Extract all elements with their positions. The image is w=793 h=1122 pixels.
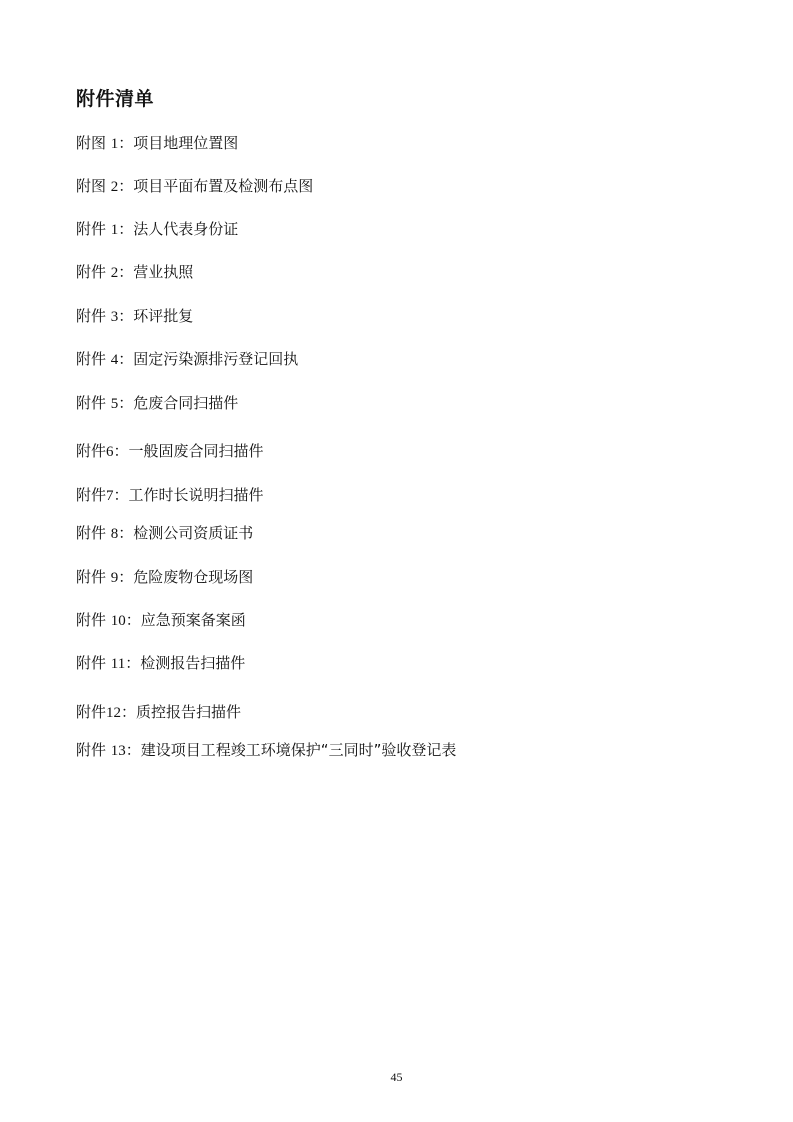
- list-item: 附件12：质控报告扫描件: [76, 701, 241, 722]
- list-item: 附件 9：危险废物仓现场图: [76, 566, 253, 587]
- page-title: 附件清单: [76, 84, 154, 111]
- list-item: 附件 8：检测公司资质证书: [76, 522, 253, 543]
- list-item: 附件 11：检测报告扫描件: [76, 652, 245, 673]
- list-item: 附件 5：危废合同扫描件: [76, 392, 238, 413]
- list-item: 附件 4：固定污染源排污登记回执: [76, 348, 298, 369]
- list-item: 附件7：工作时长说明扫描件: [76, 484, 264, 505]
- list-item: 附件 3：环评批复: [76, 305, 193, 326]
- list-item: 附图 1：项目地理位置图: [76, 132, 238, 153]
- list-item: 附图 2：项目平面布置及检测布点图: [76, 175, 313, 196]
- list-item: 附件 13：建设项目工程竣工环境保护“三同时”验收登记表: [76, 739, 456, 760]
- page-number: 45: [0, 1070, 793, 1085]
- list-item: 附件 1：法人代表身份证: [76, 218, 238, 239]
- list-item: 附件6：一般固废合同扫描件: [76, 440, 264, 461]
- list-item: 附件 2：营业执照: [76, 261, 193, 282]
- list-item: 附件 10：应急预案备案函: [76, 609, 246, 630]
